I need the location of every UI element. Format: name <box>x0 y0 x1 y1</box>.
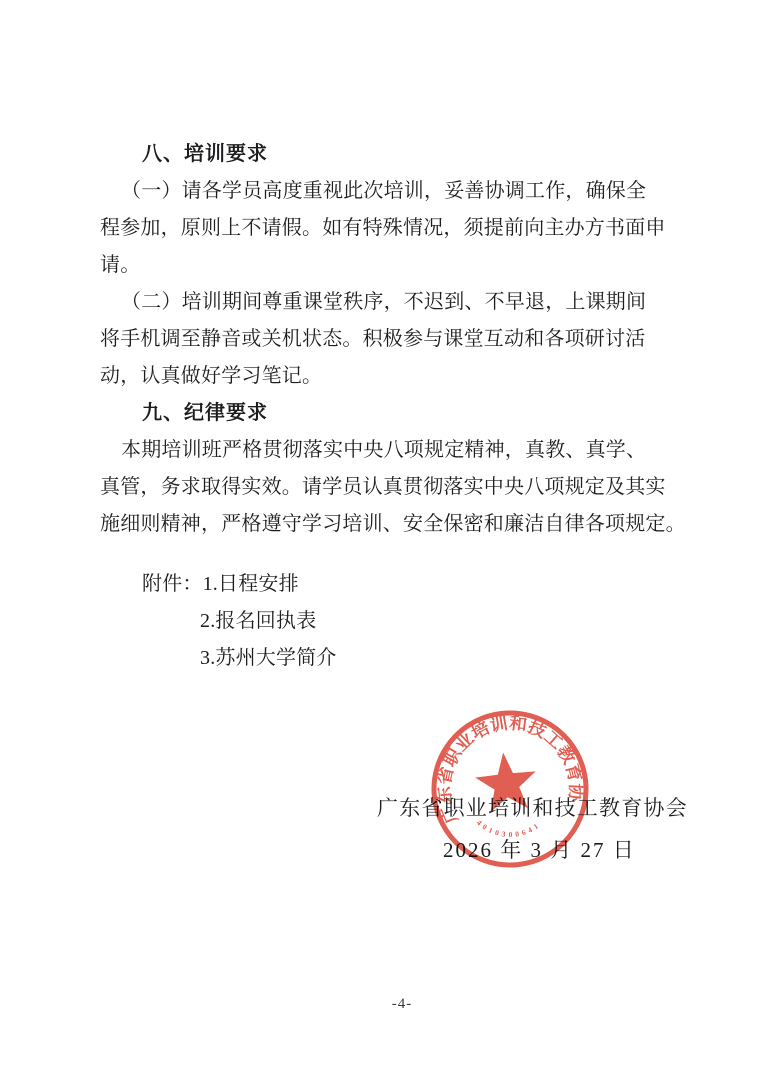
seal-star-icon <box>473 749 540 813</box>
attachment-line: 附件：1.日程安排 <box>100 566 664 603</box>
paragraph-training-2: （二）培训期间尊重课堂秩序，不迟到、不早退，上课期间 将手机调至静音或关机状态。… <box>100 284 664 395</box>
body-line: 真管，务求取得实效。请学员认真贯彻落实中央八项规定及其实 <box>100 469 664 506</box>
attachments-label: 附件： <box>142 573 203 595</box>
body-line: （二）培训期间尊重课堂秩序，不迟到、不早退，上课期间 <box>100 284 664 321</box>
body-line: 请。 <box>100 247 664 284</box>
body-line: 动，认真做好学习笔记。 <box>100 358 664 395</box>
page-number: -4- <box>392 996 413 1013</box>
body-line: 施细则精神，严格遵守学习培训、安全保密和廉洁自律各项规定。 <box>100 506 664 543</box>
document-page: 八、培训要求 （一）请各学员高度重视此次培训，妥善协调工作，确保全 程参加，原则… <box>0 0 764 1080</box>
attachments-block: 附件：1.日程安排 2.报名回执表 3.苏州大学简介 <box>100 566 664 677</box>
attachment-item: 1.日程安排 <box>203 573 299 595</box>
paragraph-training-1: （一）请各学员高度重视此次培训，妥善协调工作，确保全 程参加，原则上不请假。如有… <box>100 173 664 284</box>
section-heading-training: 八、培训要求 <box>100 136 664 173</box>
official-seal: 广东省职业培训和技工教育协会 4010300641 <box>417 696 604 883</box>
attachment-item: 3.苏州大学简介 <box>100 640 664 677</box>
document-body: 八、培训要求 （一）请各学员高度重视此次培训，妥善协调工作，确保全 程参加，原则… <box>100 136 664 677</box>
paragraph-discipline-1: 本期培训班严格贯彻落实中央八项规定精神，真教、真学、 真管，务求取得实效。请学员… <box>100 432 664 543</box>
seal-serial-number: 4010300641 <box>474 812 541 843</box>
section-heading-discipline: 九、纪律要求 <box>100 395 664 432</box>
body-line: 程参加，原则上不请假。如有特殊情况，须提前向主办方书面申 <box>100 210 664 247</box>
body-line: 本期培训班严格贯彻落实中央八项规定精神，真教、真学、 <box>100 432 664 469</box>
attachment-item: 2.报名回执表 <box>100 603 664 640</box>
body-line: （一）请各学员高度重视此次培训，妥善协调工作，确保全 <box>100 173 664 210</box>
body-line: 将手机调至静音或关机状态。积极参与课堂互动和各项研讨活 <box>100 321 664 358</box>
